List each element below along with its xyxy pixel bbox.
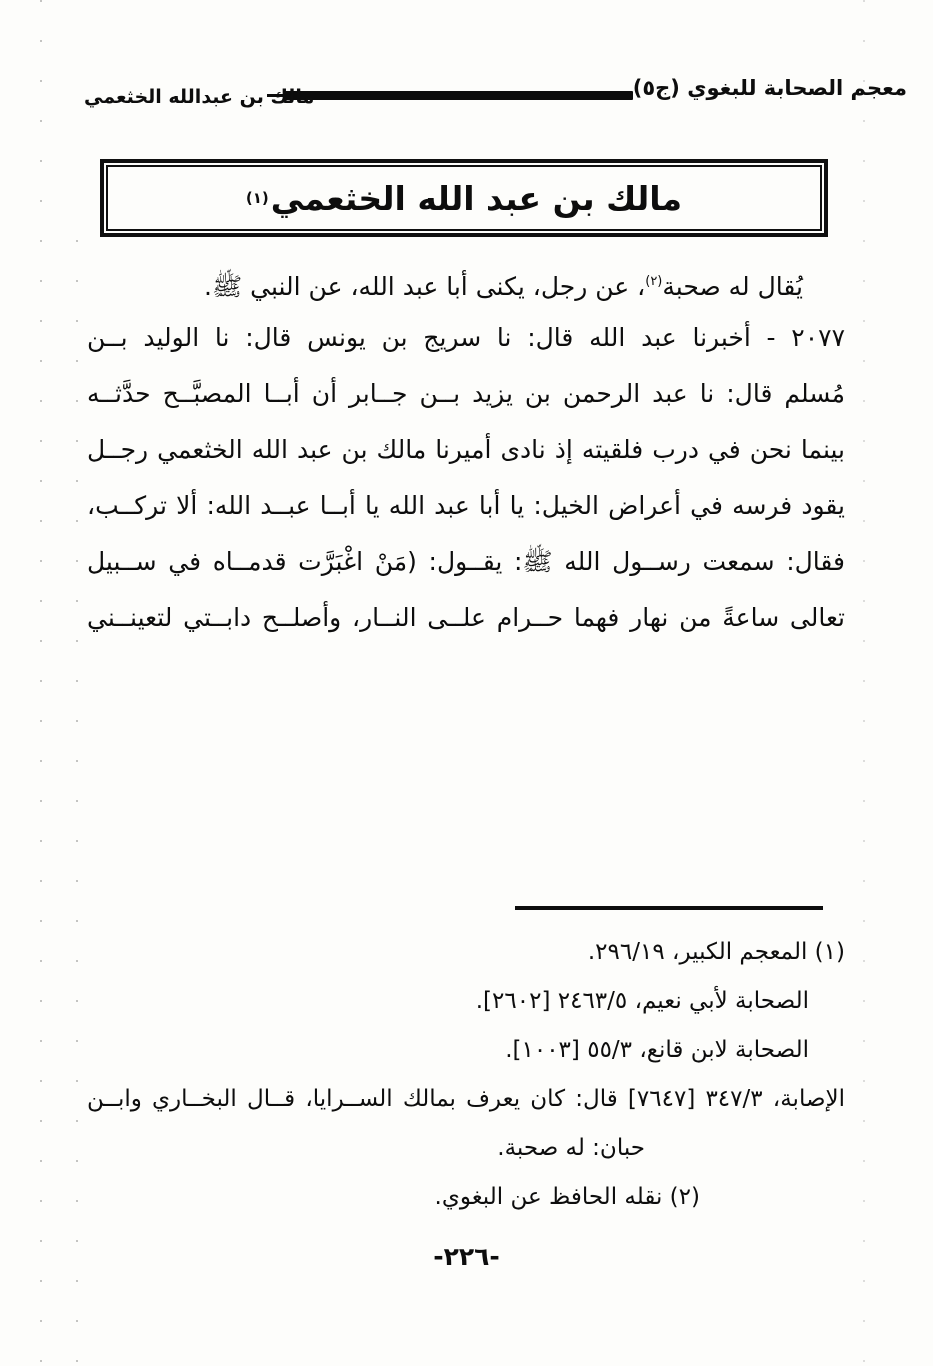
scan-noise — [863, 0, 865, 1366]
intro-text-rest: ، عن رجل، يكنى أبا عبد الله، عن النبي ﷺ. — [204, 272, 645, 301]
footnote-line: (٢) نقله الحافظ عن البغوي. — [87, 1173, 700, 1222]
footnote-line: حبان: له صحبة. — [87, 1124, 645, 1173]
hadith-text-line: يقود فرسه في أعراض الخيل: يا أبا عبد الل… — [87, 478, 845, 534]
hadith-text-line: ٢٠٧٧ - أخبرنا عبد الله قال: نا سريج بن ي… — [87, 310, 845, 366]
footnote-line: الصحابة لابن قانع، ٥٥/٣ [١٠٠٣]. — [87, 1026, 809, 1075]
hadith-body: يُقال له صحبة(٢)، عن رجل، يكنى أبا عبد ا… — [87, 254, 845, 646]
scan-noise — [40, 0, 42, 1366]
entry-title-footnote-ref: (١) — [246, 189, 269, 207]
footnote-line: (١) المعجم الكبير، ٢٩٦/١٩. — [87, 928, 845, 977]
hadith-text-line: تعالى ساعةً من نهار فهما حــرام علــى ال… — [87, 590, 845, 646]
hadith-intro-line: يُقال له صحبة(٢)، عن رجل، يكنى أبا عبد ا… — [87, 254, 845, 310]
scanned-book-page: معجم الصحابة للبغوي (ج٥) مالك بن عبدالله… — [0, 0, 933, 1366]
entry-title-inner-border: مالك بن عبد الله الخثعمي(١) — [106, 165, 822, 231]
footnote-separator — [515, 906, 823, 910]
footnotes: (١) المعجم الكبير، ٢٩٦/١٩. الصحابة لأبي … — [87, 928, 845, 1222]
header-book-title: معجم الصحابة للبغوي (ج٥) — [633, 76, 907, 100]
hadith-text-line: مُسلم قال: نا عبد الرحمن بن يزيد بــن جـ… — [87, 366, 845, 422]
entry-title-box: مالك بن عبد الله الخثعمي(١) — [100, 159, 828, 237]
scan-noise — [76, 240, 78, 1366]
header-divider-rule — [285, 91, 633, 100]
header-chapter-title: مالك بن عبدالله الخثعمي — [84, 86, 314, 108]
hadith-text-line: فقال: سمعت رســول الله ﷺ: يقــول: (مَنْ … — [87, 534, 845, 590]
page-number: -٢٢٦- — [0, 1242, 933, 1271]
footnote-ref-2: (٢) — [645, 274, 662, 289]
footnote-line: الصحابة لأبي نعيم، ٢٤٦٣/٥ [٢٦٠٢]. — [87, 977, 809, 1026]
hadith-text-line: بينما نحن في درب فلقيته إذ نادى أميرنا م… — [87, 422, 845, 478]
footnote-line: الإصابة، ٣٤٧/٣ [٧٦٤٧] قال: كان يعرف بمال… — [87, 1075, 845, 1124]
intro-text: يُقال له صحبة — [662, 272, 803, 301]
entry-title: مالك بن عبد الله الخثعمي — [271, 182, 682, 215]
